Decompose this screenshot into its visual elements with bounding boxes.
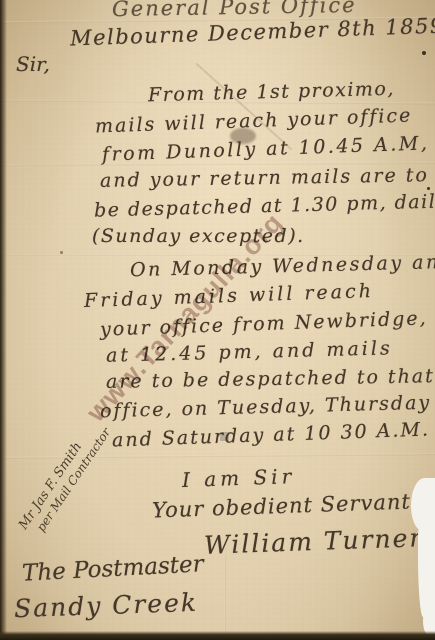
vertical-crease [224, 556, 226, 636]
ink-speck [60, 251, 63, 254]
torn-edge [423, 600, 435, 634]
salutation: Sir, [16, 52, 50, 76]
photo-edge-left [0, 0, 7, 640]
closing-line: I am Sir [182, 464, 296, 492]
ink-speck [427, 187, 430, 190]
letter-photo: General Post Office Melbourne December 8… [0, 0, 435, 640]
ink-speck [422, 51, 426, 55]
photo-edge-bottom [0, 631, 435, 640]
